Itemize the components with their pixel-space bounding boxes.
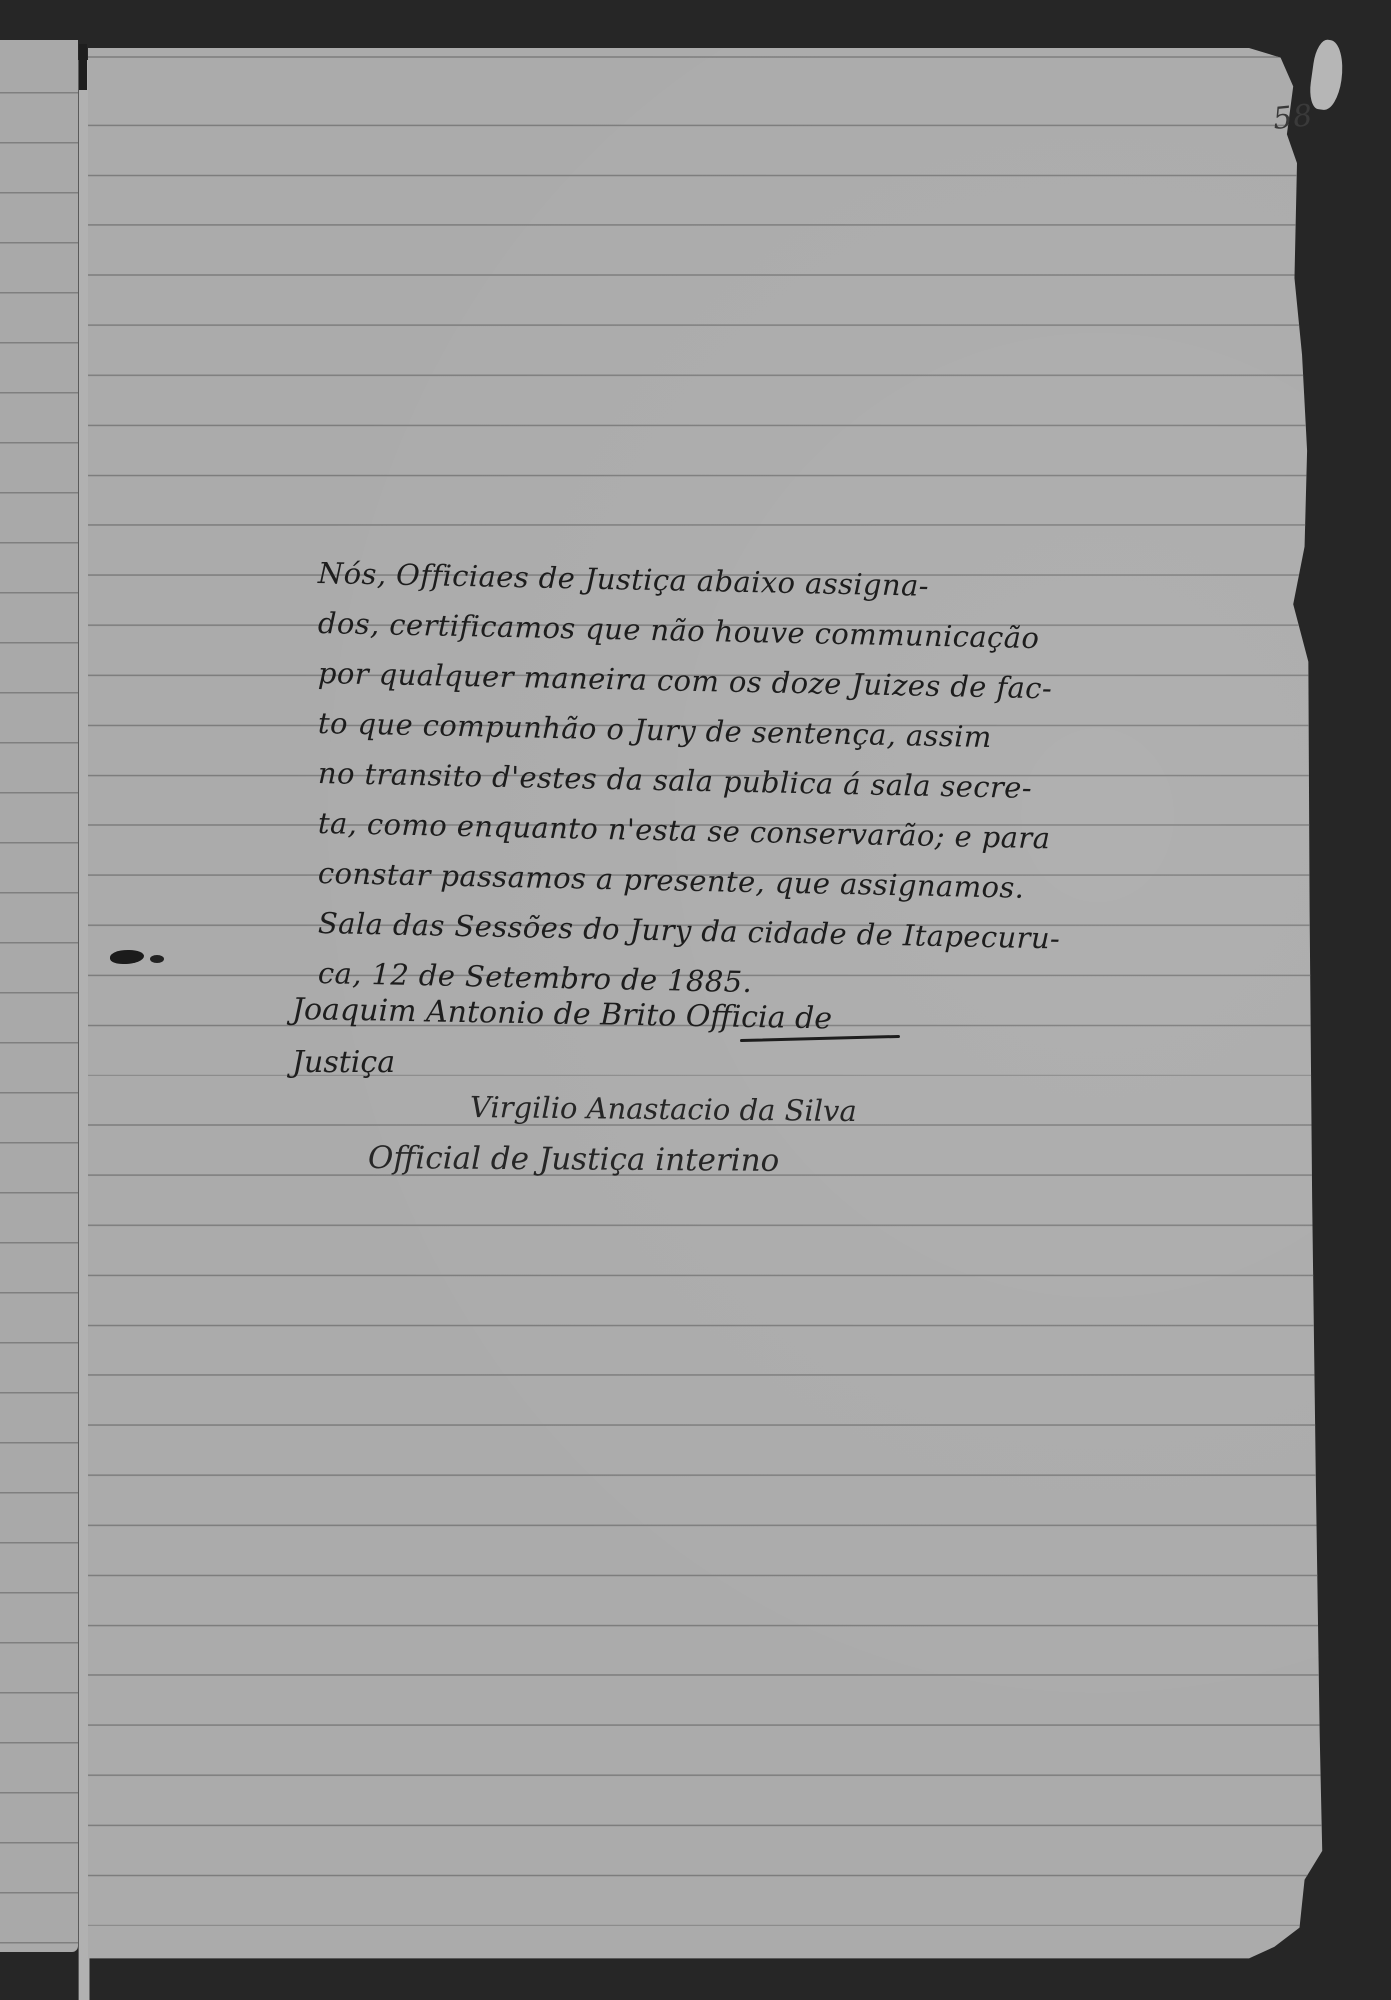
gutter-shadow [79,44,87,90]
signature-virgilio: Virgilio Anastacio da Silva [470,1090,857,1128]
page-number: 58 [1271,98,1315,137]
ink-blot-small [150,955,164,963]
facing-page-left [0,40,78,1952]
signature-title: Officia de [685,999,832,1037]
certificate-body: Nós, Officiaes de Justiça abaixo assigna… [318,548,1178,998]
signature-title: Official de Justiça interino [368,1140,780,1179]
signature-title-continuation: Justiça [292,1045,395,1080]
signature-name: Joaquim Antonio de Brito [292,992,677,1034]
